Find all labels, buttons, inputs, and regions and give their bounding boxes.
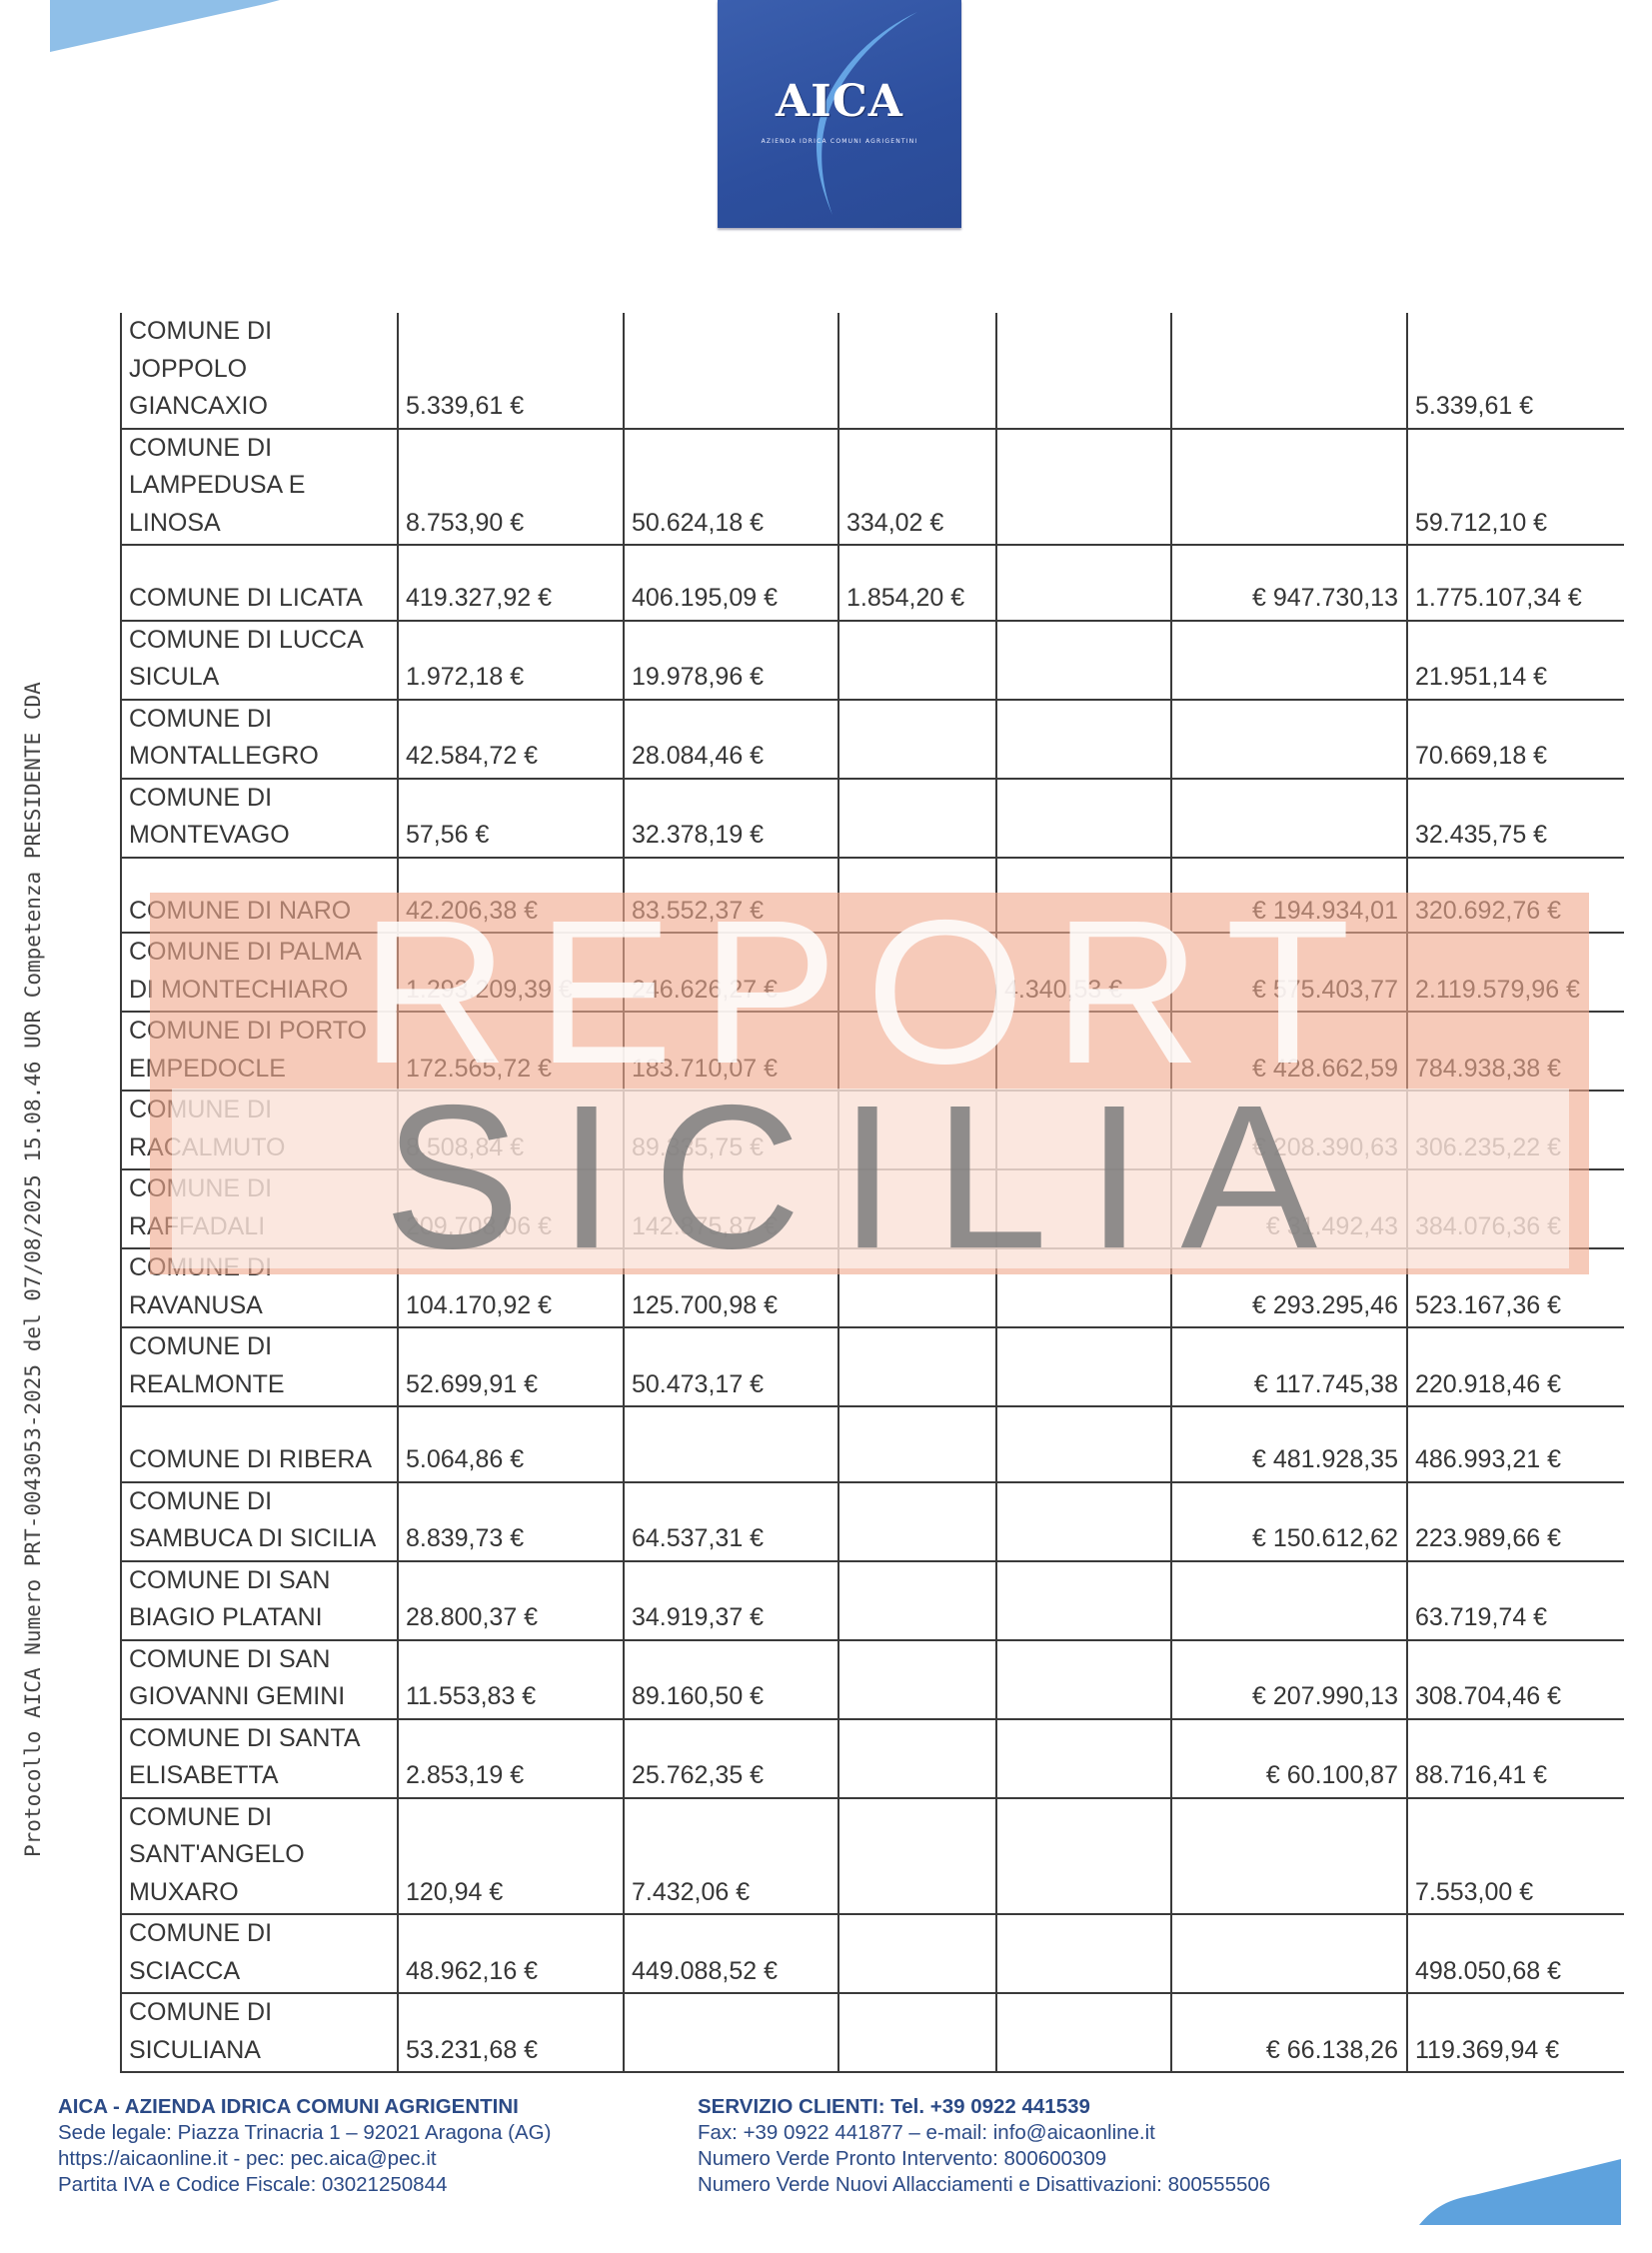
amount-cell-4 <box>996 1169 1171 1248</box>
amount-cell-2: 183.710,07 € <box>624 1012 838 1091</box>
amount-cell-1: 172.565,72 € <box>398 1012 624 1091</box>
amount-cell-3 <box>838 1406 996 1482</box>
comune-name-cell: COMUNE DI PORTO EMPEDOCLE <box>121 1012 398 1091</box>
amount-cell-5: € 194.934,01 <box>1171 858 1407 934</box>
amount-cell-5: € 150.612,62 <box>1171 1482 1407 1561</box>
amount-cell-3 <box>838 1327 996 1406</box>
amount-cell-2: 83.552,37 € <box>624 858 838 934</box>
table-row: COMUNE DI REALMONTE52.699,91 €50.473,17 … <box>121 1327 1624 1406</box>
table-row: COMUNE DI JOPPOLO GIANCAXIO5.339,61 €5.3… <box>121 313 1624 429</box>
footer-fax-email[interactable]: Fax: +39 0922 441877 – e-mail: info@aica… <box>698 2120 1270 2146</box>
amount-cell-5 <box>1171 779 1407 858</box>
debt-table: COMUNE DI JOPPOLO GIANCAXIO5.339,61 €5.3… <box>120 313 1624 2073</box>
amount-cell-4 <box>996 1798 1171 1915</box>
amount-cell-1: 104.170,92 € <box>398 1248 624 1327</box>
amount-cell-2: 50.473,17 € <box>624 1327 838 1406</box>
amount-cell-1: 5.064,86 € <box>398 1406 624 1482</box>
header-swoosh-decoration <box>50 0 280 52</box>
comune-name-cell: COMUNE DI JOPPOLO GIANCAXIO <box>121 313 398 429</box>
table-row: COMUNE DI RIBERA5.064,86 €€ 481.928,3548… <box>121 1406 1624 1482</box>
amount-cell-2: 406.195,09 € <box>624 545 838 621</box>
amount-cell-4 <box>996 1091 1171 1169</box>
amount-cell-1: 2.853,19 € <box>398 1719 624 1798</box>
total-cell: 119.369,94 € <box>1407 1993 1624 2072</box>
total-cell: 70.669,18 € <box>1407 700 1624 779</box>
amount-cell-3 <box>838 1248 996 1327</box>
amount-cell-1: 52.699,91 € <box>398 1327 624 1406</box>
amount-cell-2: 28.084,46 € <box>624 700 838 779</box>
amount-cell-2: 7.432,06 € <box>624 1798 838 1915</box>
total-cell: 88.716,41 € <box>1407 1719 1624 1798</box>
amount-cell-5: € 117.745,38 <box>1171 1327 1407 1406</box>
footer-customer-service: SERVIZIO CLIENTI: Tel. +39 0922 441539 <box>698 2094 1270 2120</box>
amount-cell-4 <box>996 621 1171 700</box>
comune-name-cell: COMUNE DI SANTA ELISABETTA <box>121 1719 398 1798</box>
amount-cell-2: 34.919,37 € <box>624 1561 838 1640</box>
amount-cell-1: 419.327,92 € <box>398 545 624 621</box>
amount-cell-5: € 481.928,35 <box>1171 1406 1407 1482</box>
amount-cell-3 <box>838 1640 996 1719</box>
amount-cell-2: 89.160,50 € <box>624 1640 838 1719</box>
total-cell: 59.712,10 € <box>1407 429 1624 546</box>
footer-vat: Partita IVA e Codice Fiscale: 0302125084… <box>58 2172 551 2198</box>
comune-name-cell: COMUNE DI RACALMUTO <box>121 1091 398 1169</box>
table-row: COMUNE DI LICATA419.327,92 €406.195,09 €… <box>121 545 1624 621</box>
amount-cell-5: € 60.100,87 <box>1171 1719 1407 1798</box>
amount-cell-3 <box>838 1798 996 1915</box>
amount-cell-1: 8.753,90 € <box>398 429 624 546</box>
table-row: COMUNE DI RAVANUSA104.170,92 €125.700,98… <box>121 1248 1624 1327</box>
amount-cell-4 <box>996 1248 1171 1327</box>
amount-cell-1: 120,94 € <box>398 1798 624 1915</box>
amount-cell-3 <box>838 779 996 858</box>
amount-cell-5 <box>1171 1798 1407 1915</box>
amount-cell-5 <box>1171 700 1407 779</box>
comune-name-cell: COMUNE DI RAVANUSA <box>121 1248 398 1327</box>
amount-cell-3: 334,02 € <box>838 429 996 546</box>
amount-cell-4 <box>996 700 1171 779</box>
total-cell: 5.339,61 € <box>1407 313 1624 429</box>
footer-web-link[interactable]: https://aicaonline.it - pec: pec.aica@pe… <box>58 2146 551 2172</box>
footer-contact-info: SERVIZIO CLIENTI: Tel. +39 0922 441539 F… <box>698 2094 1270 2198</box>
amount-cell-1: 209.708,06 € <box>398 1169 624 1248</box>
amount-cell-5: € 428.662,59 <box>1171 1012 1407 1091</box>
aica-logo: AICA AZIENDA IDRICA COMUNI AGRIGENTINI <box>718 0 961 228</box>
amount-cell-5 <box>1171 621 1407 700</box>
amount-cell-4 <box>996 1482 1171 1561</box>
amount-cell-4 <box>996 1914 1171 1993</box>
amount-cell-5: € 575.403,77 <box>1171 933 1407 1012</box>
amount-cell-3 <box>838 1482 996 1561</box>
amount-cell-2: 64.537,31 € <box>624 1482 838 1561</box>
footer-connections-number: Numero Verde Nuovi Allacciamenti e Disat… <box>698 2172 1270 2198</box>
table-row: COMUNE DI PALMA DI MONTECHIARO1.293.209,… <box>121 933 1624 1012</box>
amount-cell-2: 25.762,35 € <box>624 1719 838 1798</box>
total-cell: 1.775.107,34 € <box>1407 545 1624 621</box>
amount-cell-4 <box>996 1406 1171 1482</box>
footer-company-info: AICA - AZIENDA IDRICA COMUNI AGRIGENTINI… <box>58 2094 551 2198</box>
total-cell: 486.993,21 € <box>1407 1406 1624 1482</box>
amount-cell-5: € 947.730,13 <box>1171 545 1407 621</box>
table-row: COMUNE DI PORTO EMPEDOCLE172.565,72 €183… <box>121 1012 1624 1091</box>
amount-cell-2 <box>624 1406 838 1482</box>
amount-cell-4 <box>996 1012 1171 1091</box>
amount-cell-5 <box>1171 429 1407 546</box>
amount-cell-2: 246.626,27 € <box>624 933 838 1012</box>
amount-cell-2 <box>624 313 838 429</box>
amount-cell-4 <box>996 313 1171 429</box>
amount-cell-2: 50.624,18 € <box>624 429 838 546</box>
amount-cell-2: 89.335,75 € <box>624 1091 838 1169</box>
comune-name-cell: COMUNE DI LICATA <box>121 545 398 621</box>
amount-cell-2: 19.978,96 € <box>624 621 838 700</box>
comune-name-cell: COMUNE DI SCIACCA <box>121 1914 398 1993</box>
table-row: COMUNE DI SANT'ANGELO MUXARO120,94 €7.43… <box>121 1798 1624 1915</box>
table-row: COMUNE DI NARO42.206,38 €83.552,37 €€ 19… <box>121 858 1624 934</box>
footer-address: Sede legale: Piazza Trinacria 1 – 92021 … <box>58 2120 551 2146</box>
amount-cell-3 <box>838 621 996 700</box>
total-cell: 32.435,75 € <box>1407 779 1624 858</box>
table-row: COMUNE DI LUCCA SICULA1.972,18 €19.978,9… <box>121 621 1624 700</box>
total-cell: 223.989,66 € <box>1407 1482 1624 1561</box>
comune-name-cell: COMUNE DI REALMONTE <box>121 1327 398 1406</box>
table-row: COMUNE DI SCIACCA48.962,16 €449.088,52 €… <box>121 1914 1624 1993</box>
amount-cell-5: € 293.295,46 <box>1171 1248 1407 1327</box>
amount-cell-5: € 208.390,63 <box>1171 1091 1407 1169</box>
table-row: COMUNE DI SAMBUCA DI SICILIA8.839,73 €64… <box>121 1482 1624 1561</box>
total-cell: 7.553,00 € <box>1407 1798 1624 1915</box>
total-cell: 320.692,76 € <box>1407 858 1624 934</box>
amount-cell-2: 125.700,98 € <box>624 1248 838 1327</box>
total-cell: 2.119.579,96 € <box>1407 933 1624 1012</box>
amount-cell-5: € 66.138,26 <box>1171 1993 1407 2072</box>
comune-name-cell: COMUNE DI RIBERA <box>121 1406 398 1482</box>
total-cell: 308.704,46 € <box>1407 1640 1624 1719</box>
amount-cell-4 <box>996 858 1171 934</box>
amount-cell-4 <box>996 1561 1171 1640</box>
total-cell: 306.235,22 € <box>1407 1091 1624 1169</box>
amount-cell-2: 32.378,19 € <box>624 779 838 858</box>
comune-name-cell: COMUNE DI SAMBUCA DI SICILIA <box>121 1482 398 1561</box>
amount-cell-1: 5.339,61 € <box>398 313 624 429</box>
amount-cell-4 <box>996 1640 1171 1719</box>
comune-name-cell: COMUNE DI MONTALLEGRO <box>121 700 398 779</box>
amount-cell-4 <box>996 1719 1171 1798</box>
amount-cell-3 <box>838 700 996 779</box>
comune-name-cell: COMUNE DI LUCCA SICULA <box>121 621 398 700</box>
total-cell: 63.719,74 € <box>1407 1561 1624 1640</box>
amount-cell-1: 8.508,84 € <box>398 1091 624 1169</box>
comune-name-cell: COMUNE DI RAFFADALI <box>121 1169 398 1248</box>
amount-cell-5: € 207.990,13 <box>1171 1640 1407 1719</box>
amount-cell-5: € 31.492,43 <box>1171 1169 1407 1248</box>
table-row: COMUNE DI LAMPEDUSA E LINOSA8.753,90 €50… <box>121 429 1624 546</box>
comune-name-cell: COMUNE DI SAN BIAGIO PLATANI <box>121 1561 398 1640</box>
amount-cell-2: 449.088,52 € <box>624 1914 838 1993</box>
amount-cell-1: 42.584,72 € <box>398 700 624 779</box>
table-row: COMUNE DI RACALMUTO8.508,84 €89.335,75 €… <box>121 1091 1624 1169</box>
amount-cell-1: 11.553,83 € <box>398 1640 624 1719</box>
total-cell: 21.951,14 € <box>1407 621 1624 700</box>
amount-cell-1: 42.206,38 € <box>398 858 624 934</box>
total-cell: 523.167,36 € <box>1407 1248 1624 1327</box>
amount-cell-2: 142.875,87 € <box>624 1169 838 1248</box>
amount-cell-1: 28.800,37 € <box>398 1561 624 1640</box>
total-cell: 498.050,68 € <box>1407 1914 1624 1993</box>
amount-cell-3 <box>838 1169 996 1248</box>
table-row: COMUNE DI SAN BIAGIO PLATANI28.800,37 €3… <box>121 1561 1624 1640</box>
amount-cell-3: 1.854,20 € <box>838 545 996 621</box>
amount-cell-1: 57,56 € <box>398 779 624 858</box>
amount-cell-3 <box>838 858 996 934</box>
table-row: COMUNE DI SANTA ELISABETTA2.853,19 €25.7… <box>121 1719 1624 1798</box>
amount-cell-1: 48.962,16 € <box>398 1914 624 1993</box>
comune-name-cell: COMUNE DI SICULIANA <box>121 1993 398 2072</box>
amount-cell-3 <box>838 1719 996 1798</box>
amount-cell-4 <box>996 1327 1171 1406</box>
logo-subtitle: AZIENDA IDRICA COMUNI AGRIGENTINI <box>726 138 953 145</box>
footer-swoosh-decoration <box>1419 2157 1632 2229</box>
comune-name-cell: COMUNE DI NARO <box>121 858 398 934</box>
total-cell: 384.076,36 € <box>1407 1169 1624 1248</box>
amount-cell-1: 53.231,68 € <box>398 1993 624 2072</box>
amount-cell-4 <box>996 429 1171 546</box>
amount-cell-5 <box>1171 1561 1407 1640</box>
amount-cell-1: 1.972,18 € <box>398 621 624 700</box>
amount-cell-3 <box>838 1091 996 1169</box>
amount-cell-3 <box>838 1914 996 1993</box>
amount-cell-3 <box>838 313 996 429</box>
total-cell: 220.918,46 € <box>1407 1327 1624 1406</box>
table-row: COMUNE DI SICULIANA53.231,68 €€ 66.138,2… <box>121 1993 1624 2072</box>
footer-company-name: AICA - AZIENDA IDRICA COMUNI AGRIGENTINI <box>58 2094 551 2120</box>
amount-cell-4: 4.340,53 € <box>996 933 1171 1012</box>
amount-cell-1: 8.839,73 € <box>398 1482 624 1561</box>
amount-cell-4 <box>996 1993 1171 2072</box>
comune-name-cell: COMUNE DI PALMA DI MONTECHIARO <box>121 933 398 1012</box>
comune-name-cell: COMUNE DI LAMPEDUSA E LINOSA <box>121 429 398 546</box>
amount-cell-5 <box>1171 313 1407 429</box>
amount-cell-4 <box>996 779 1171 858</box>
amount-cell-3 <box>838 1561 996 1640</box>
comune-name-cell: COMUNE DI SAN GIOVANNI GEMINI <box>121 1640 398 1719</box>
table-row: COMUNE DI RAFFADALI209.708,06 €142.875,8… <box>121 1169 1624 1248</box>
table-row: COMUNE DI MONTEVAGO57,56 €32.378,19 €32.… <box>121 779 1624 858</box>
protocol-stamp: Protocollo AICA Numero PRT-0043053-2025 … <box>21 298 45 1857</box>
amount-cell-1: 1.293.209,39 € <box>398 933 624 1012</box>
comune-name-cell: COMUNE DI MONTEVAGO <box>121 779 398 858</box>
table-row: COMUNE DI SAN GIOVANNI GEMINI11.553,83 €… <box>121 1640 1624 1719</box>
logo-title: AICA <box>718 76 961 127</box>
amount-cell-5 <box>1171 1914 1407 1993</box>
amount-cell-4 <box>996 545 1171 621</box>
amount-cell-2 <box>624 1993 838 2072</box>
amount-cell-3 <box>838 1993 996 2072</box>
total-cell: 784.938,38 € <box>1407 1012 1624 1091</box>
footer-emergency-number: Numero Verde Pronto Intervento: 80060030… <box>698 2146 1270 2172</box>
comune-name-cell: COMUNE DI SANT'ANGELO MUXARO <box>121 1798 398 1915</box>
table-row: COMUNE DI MONTALLEGRO42.584,72 €28.084,4… <box>121 700 1624 779</box>
amount-cell-3 <box>838 933 996 1012</box>
amount-cell-3 <box>838 1012 996 1091</box>
